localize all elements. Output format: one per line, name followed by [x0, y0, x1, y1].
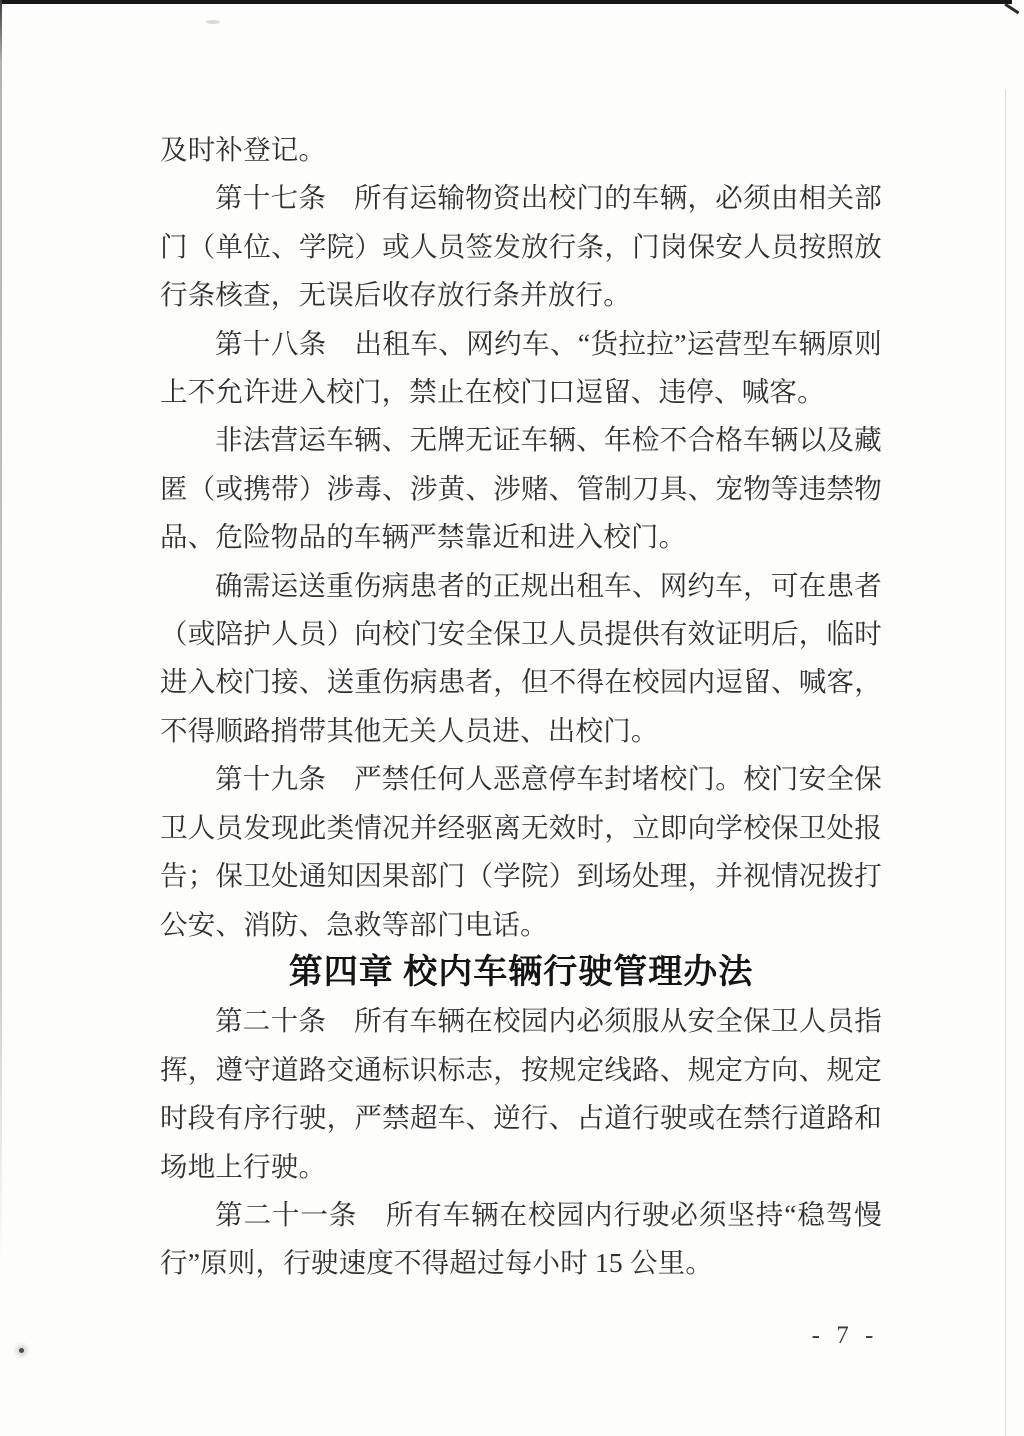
scan-border-top-line	[0, 0, 1012, 4]
paragraph: 及时补登记。	[160, 126, 882, 174]
paragraph: 第十九条 严禁任何人恶意停车封堵校门。校门安全保卫人员发现此类情况并经驱离无效时…	[160, 755, 882, 949]
paragraph: 第二十条 所有车辆在校园内必须服从安全保卫人员指挥，遵守道路交通标识标志，按规定…	[160, 997, 882, 1191]
document-page: 及时补登记。第十七条 所有运输物资出校门的车辆，必须由相关部门（单位、学院）或人…	[0, 0, 1024, 1436]
scan-border-left-line	[0, 0, 2, 1265]
scan-smudge-artifact	[206, 20, 220, 24]
scan-border-right-line	[1005, 90, 1006, 1436]
scan-corner-artifact	[1004, 3, 1019, 14]
paragraph: 确需运送重伤病患者的正规出租车、网约车，可在患者（或陪护人员）向校门安全保卫人员…	[160, 562, 882, 756]
document-body: 及时补登记。第十七条 所有运输物资出校门的车辆，必须由相关部门（单位、学院）或人…	[160, 126, 882, 1288]
page-number: - 7 -	[795, 1322, 895, 1350]
chapter-heading: 第四章 校内车辆行驶管理办法	[160, 949, 882, 997]
scan-speck-artifact	[19, 1348, 24, 1353]
paragraph: 非法营运车辆、无牌无证车辆、年检不合格车辆以及藏匿（或携带）涉毒、涉黄、涉赌、管…	[160, 416, 882, 561]
paragraph: 第二十一条 所有车辆在校园内行驶必须坚持“稳驾慢行”原则，行驶速度不得超过每小时…	[160, 1191, 882, 1288]
paragraph: 第十七条 所有运输物资出校门的车辆，必须由相关部门（单位、学院）或人员签发放行条…	[160, 174, 882, 319]
paragraph: 第十八条 出租车、网约车、“货拉拉”运营型车辆原则上不允许进入校门，禁止在校门口…	[160, 320, 882, 417]
